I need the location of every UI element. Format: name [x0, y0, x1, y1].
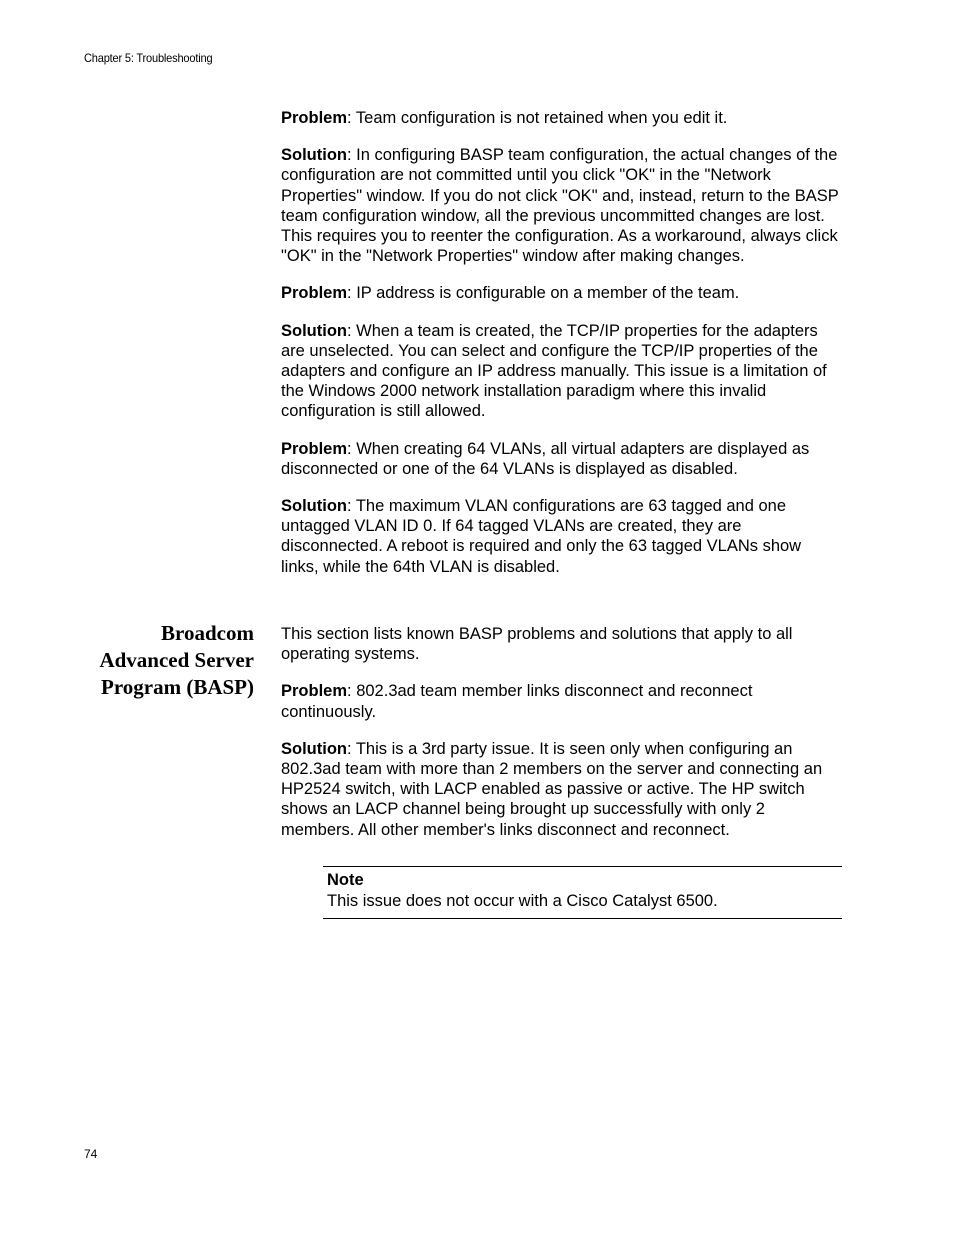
solution-label: Solution [281, 322, 347, 340]
section-intro: This section lists known BASP problems a… [281, 624, 841, 664]
problem-label: Problem [281, 284, 347, 302]
problem-paragraph: Problem: IP address is configurable on a… [281, 283, 841, 303]
note-title: Note [327, 870, 842, 891]
solution-label: Solution [281, 146, 347, 164]
solution-paragraph: Solution: This is a 3rd party issue. It … [281, 739, 841, 840]
section-heading-basp: Broadcom Advanced Server Program (BASP) [60, 620, 254, 701]
note-text: This issue does not occur with a Cisco C… [327, 891, 842, 912]
heading-line: Broadcom [60, 620, 254, 647]
solution-paragraph: Solution: When a team is created, the TC… [281, 321, 841, 422]
problem-label: Problem [281, 109, 347, 127]
running-header: Chapter 5: Troubleshooting [84, 51, 212, 65]
heading-line: Advanced Server [60, 647, 254, 674]
problem-paragraph: Problem: 802.3ad team member links disco… [281, 681, 841, 721]
problem-paragraph: Problem: Team configuration is not retai… [281, 108, 841, 128]
heading-line: Program (BASP) [60, 674, 254, 701]
problem-solution-list-top: Problem: Team configuration is not retai… [281, 108, 841, 577]
solution-text: : This is a 3rd party issue. It is seen … [281, 740, 822, 839]
solution-text: : In configuring BASP team configuration… [281, 146, 838, 265]
solution-text: : The maximum VLAN configurations are 63… [281, 497, 801, 576]
page-number: 74 [84, 1147, 97, 1161]
problem-text: : Team configuration is not retained whe… [347, 109, 727, 127]
problem-label: Problem [281, 682, 347, 700]
problem-text: : When creating 64 VLANs, all virtual ad… [281, 440, 809, 478]
problem-text: : IP address is configurable on a member… [347, 284, 739, 302]
solution-label: Solution [281, 740, 347, 758]
problem-label: Problem [281, 440, 347, 458]
solution-paragraph: Solution: In configuring BASP team confi… [281, 145, 841, 266]
basp-section-body: This section lists known BASP problems a… [281, 624, 841, 840]
solution-paragraph: Solution: The maximum VLAN configuration… [281, 496, 841, 577]
problem-paragraph: Problem: When creating 64 VLANs, all vir… [281, 439, 841, 479]
problem-text: : 802.3ad team member links disconnect a… [281, 682, 752, 720]
note-box: Note This issue does not occur with a Ci… [323, 866, 842, 919]
solution-text: : When a team is created, the TCP/IP pro… [281, 322, 827, 421]
solution-label: Solution [281, 497, 347, 515]
